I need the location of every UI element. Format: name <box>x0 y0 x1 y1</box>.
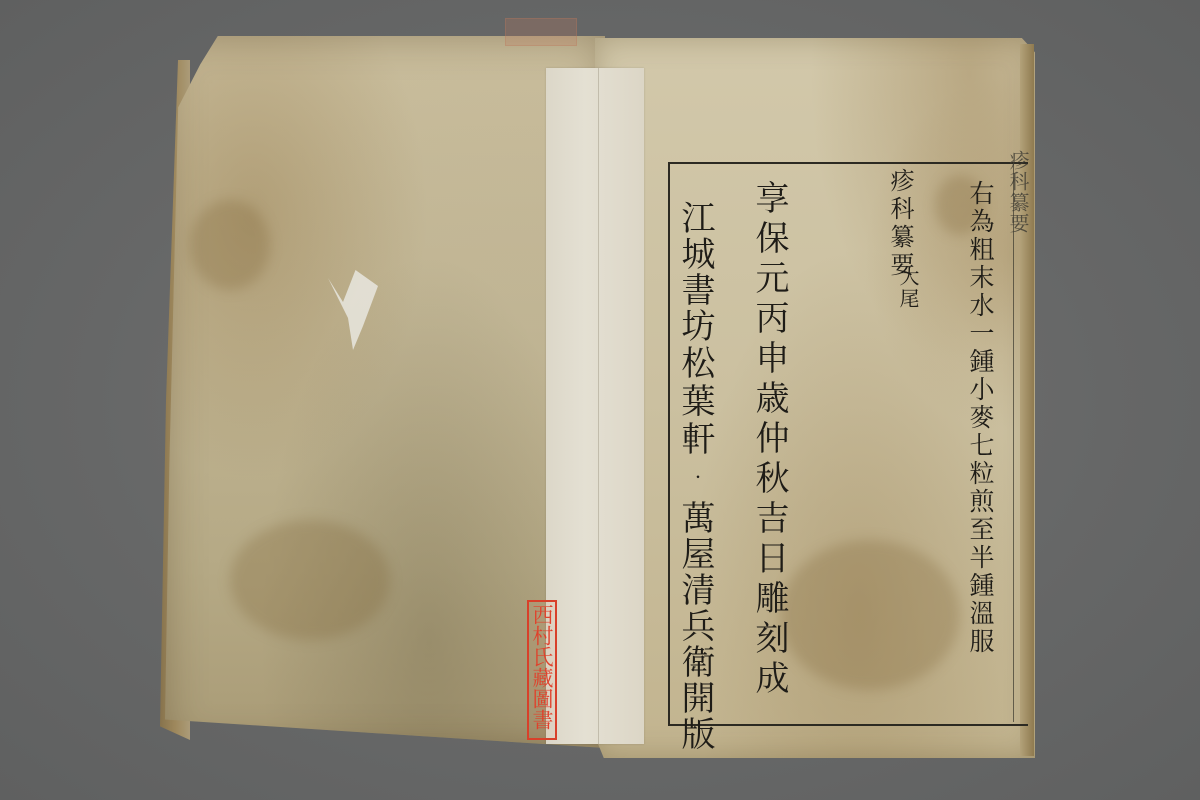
separator-mark: ・ <box>690 470 704 484</box>
repair-tissue-strip <box>546 68 644 744</box>
recipe-text-column: 右為粗末水一鍾小麥七粒煎至半鍾溫服 <box>968 180 993 656</box>
publishing-place: 江城書坊 <box>678 200 712 344</box>
faded-label <box>505 18 577 46</box>
ownership-seal: 西村氏藏圖書 <box>527 600 557 740</box>
author-name: 大尾 <box>898 266 918 310</box>
bookshop-name: 松葉軒 <box>678 345 712 459</box>
book-title: 疹科纂要 <box>888 168 912 280</box>
publication-date: 享保元丙申歳仲秋吉日雕刻成 <box>752 180 786 700</box>
water-stain <box>190 200 270 290</box>
spine-title-partial: 疹科纂要 <box>1008 150 1028 234</box>
seal-text: 西村氏藏圖書 <box>529 604 555 730</box>
open-book: 疹科纂要 右為粗末水一鍾小麥七粒煎至半鍾溫服 疹科纂要 大尾 享保元丙申歳仲秋吉… <box>0 0 1200 800</box>
printed-column-rule <box>1013 162 1014 722</box>
publisher-name: 萬屋清兵衛開版 <box>678 500 712 752</box>
water-stain <box>230 520 390 640</box>
